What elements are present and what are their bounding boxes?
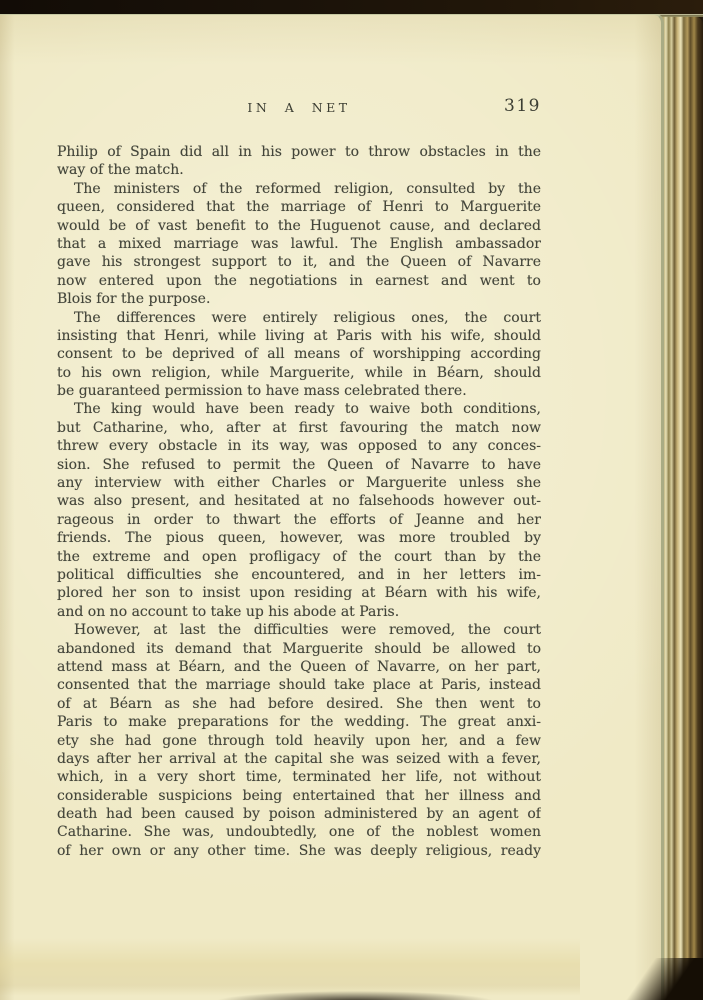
text-line: queen, considered that the marriage of H… [57, 198, 541, 216]
text-line: consent to be deprived of all means of w… [57, 345, 541, 363]
text-line: considerable suspicions being entertaine… [57, 787, 541, 805]
text-line: The ministers of the reformed religion, … [57, 180, 541, 198]
text-line: consented that the marriage should take … [57, 676, 541, 694]
text-line: rageous in order to thwart the efforts o… [57, 511, 541, 529]
text-line: be guaranteed permission to have mass ce… [57, 382, 541, 400]
text-line: political difficulties she encountered, … [57, 566, 541, 584]
text-line: death had been caused by poison administ… [57, 805, 541, 823]
scan-dark-edge-top [0, 0, 703, 14]
text-line: days after her arrival at the capital sh… [57, 750, 541, 768]
text-line: would be of vast benefit to the Huguenot… [57, 217, 541, 235]
text-line: The king would have been ready to waive … [57, 400, 541, 418]
text-line: sion. She refused to permit the Queen of… [57, 456, 541, 474]
text-line: now entered upon the negotiations in ear… [57, 272, 541, 290]
text-line: to his own religion, while Marguerite, w… [57, 364, 541, 382]
text-line: was also present, and hesitated at no fa… [57, 492, 541, 510]
text-line: The differences were entirely religious … [57, 309, 541, 327]
text-line: plored her son to insist upon residing a… [57, 584, 541, 602]
text-line: Philip of Spain did all in his power to … [57, 143, 541, 161]
text-line: insisting that Henri, while living at Pa… [57, 327, 541, 345]
text-line: Paris to make preparations for the weddi… [57, 713, 541, 731]
paragraph: The ministers of the reformed religion, … [57, 180, 541, 309]
text-line: attend mass at Béarn, and the Queen of N… [57, 658, 541, 676]
paragraph: However, at last the difficulties were r… [57, 621, 541, 860]
text-line: but Catharine, who, after at first favou… [57, 419, 541, 437]
text-line: abandoned its demand that Marguerite sho… [57, 640, 541, 658]
text-line: the extreme and open profligacy of the c… [57, 548, 541, 566]
text-line: way of the match. [57, 161, 541, 179]
page-number: 319 [504, 96, 541, 116]
text-line: ety she had gone through told heavily up… [57, 732, 541, 750]
text-line: which, in a very short time, terminated … [57, 768, 541, 786]
text-line: of her own or any other time. She was de… [57, 842, 541, 860]
page-tone-band [0, 938, 580, 996]
text-line: Blois for the purpose. [57, 290, 541, 308]
text-line: gave his strongest support to it, and th… [57, 253, 541, 271]
scanned-book-page: IN A NET 319 Philip of Spain did all in … [0, 0, 703, 1000]
chapter-running-title: IN A NET [57, 100, 541, 115]
book-page: IN A NET 319 Philip of Spain did all in … [0, 13, 664, 1000]
paragraph: The differences were entirely religious … [57, 309, 541, 401]
paragraph: Philip of Spain did all in his power to … [57, 143, 541, 180]
text-line: any interview with either Charles or Mar… [57, 474, 541, 492]
text-line: Catharine. She was, undoubtedly, one of … [57, 823, 541, 841]
paragraph: The king would have been ready to waive … [57, 400, 541, 621]
running-header: IN A NET 319 [57, 96, 541, 118]
text-line: friends. The pious queen, however, was m… [57, 529, 541, 547]
text-line: that a mixed marriage was lawful. The En… [57, 235, 541, 253]
page-text: Philip of Spain did all in his power to … [57, 143, 541, 860]
text-line: threw every obstacle in its way, was opp… [57, 437, 541, 455]
text-line: of at Béarn as she had before desired. S… [57, 695, 541, 713]
text-line: and on no account to take up his abode a… [57, 603, 541, 621]
text-line: However, at last the difficulties were r… [57, 621, 541, 639]
